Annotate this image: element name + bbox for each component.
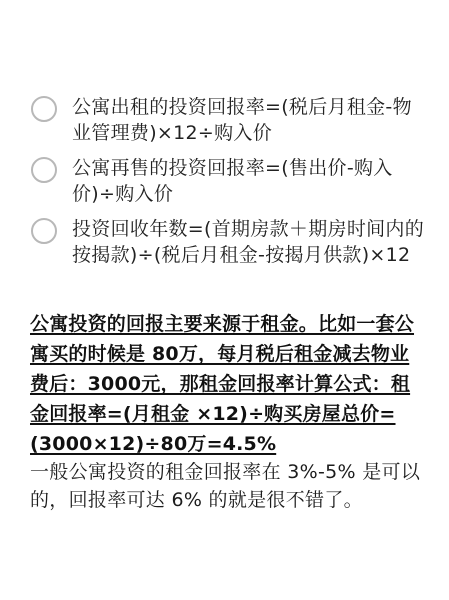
radio-unchecked-icon[interactable] <box>31 96 57 122</box>
formula-options-list: 公寓出租的投资回报率=(税后月租金-物业管理费)×12÷购入价 公寓再售的投资回… <box>0 94 449 277</box>
option-payback-years[interactable]: 投资回收年数=(首期房款＋期房时间内的按揭款)÷(税后月租金-按揭月供款)×12 <box>0 216 449 268</box>
option-rental-return-rate[interactable]: 公寓出租的投资回报率=(税后月租金-物业管理费)×12÷购入价 <box>0 94 449 146</box>
option-resale-return-rate[interactable]: 公寓再售的投资回报率=(售出价-购入价)÷购入价 <box>0 155 449 207</box>
example-paragraph: 公寓投资的回报主要来源于租金。比如一套公寓买的时候是 80万，每月税后租金减去物… <box>30 309 422 459</box>
radio-unchecked-icon[interactable] <box>31 218 57 244</box>
conclusion-paragraph: 一般公寓投资的租金回报率在 3%-5% 是可以的，回报率可达 6% 的就是很不错… <box>30 458 422 514</box>
option-text: 公寓出租的投资回报率=(税后月租金-物业管理费)×12÷购入价 <box>72 94 427 146</box>
option-text: 公寓再售的投资回报率=(售出价-购入价)÷购入价 <box>72 155 427 207</box>
option-text: 投资回收年数=(首期房款＋期房时间内的按揭款)÷(税后月租金-按揭月供款)×12 <box>72 216 427 268</box>
radio-unchecked-icon[interactable] <box>31 157 57 183</box>
